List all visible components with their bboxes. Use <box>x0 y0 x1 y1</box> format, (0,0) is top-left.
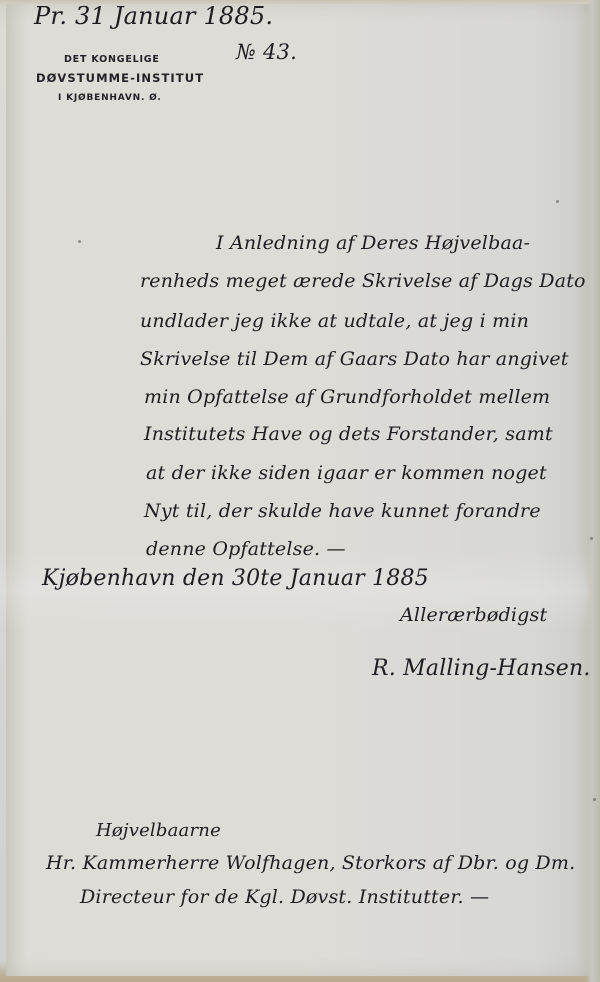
body-line: denne Opfattelse. — <box>146 538 346 560</box>
letterhead-line-1: DET KONGELIGE <box>64 54 160 65</box>
letterhead-line-2: DØVSTUMME-INSTITUT <box>36 71 204 85</box>
addressee-honorific: Højvelbaarne <box>96 820 221 841</box>
paper-sheet <box>6 4 594 976</box>
letterhead-line-3: I KJØBENHAVN. Ø. <box>58 93 162 103</box>
closing-salutation: Allerærbødigst <box>400 604 547 626</box>
body-line: Skrivelse til Dem af Gaars Dato har angi… <box>140 348 569 370</box>
place-and-date: Kjøbenhavn den 30te Januar 1885 <box>42 566 429 591</box>
body-line: at der ikke siden igaar er kommen noget <box>146 462 547 484</box>
paper-speck <box>78 240 81 243</box>
addressee-line-1: Hr. Kammerherre Wolfhagen, Storkors af D… <box>46 852 575 874</box>
body-line: Nyt til, der skulde have kunnet forandre <box>144 500 541 522</box>
paper-right-edge <box>586 0 600 982</box>
paper-speck <box>556 200 559 203</box>
body-line: Institutets Have og dets Forstander, sam… <box>144 423 553 445</box>
receipt-stamp: Pr. 31 Januar 1885. <box>34 2 273 30</box>
paper-speck <box>593 798 596 801</box>
addressee-line-2: Directeur for de Kgl. Døvst. Institutter… <box>80 886 489 908</box>
body-line: undlader jeg ikke at udtale, at jeg i mi… <box>140 310 529 332</box>
paper-speck <box>590 537 593 540</box>
document-number: № 43. <box>236 40 297 64</box>
body-line: min Opfattelse af Grundforholdet mellem <box>144 386 550 408</box>
body-line: renheds meget ærede Skrivelse af Dags Da… <box>140 270 586 292</box>
document-scan: Pr. 31 Januar 1885. № 43. DET KONGELIGE … <box>0 0 600 982</box>
body-line: I Anledning af Deres Højvelbaa- <box>216 232 530 254</box>
signature: R. Malling-Hansen. <box>372 656 591 681</box>
